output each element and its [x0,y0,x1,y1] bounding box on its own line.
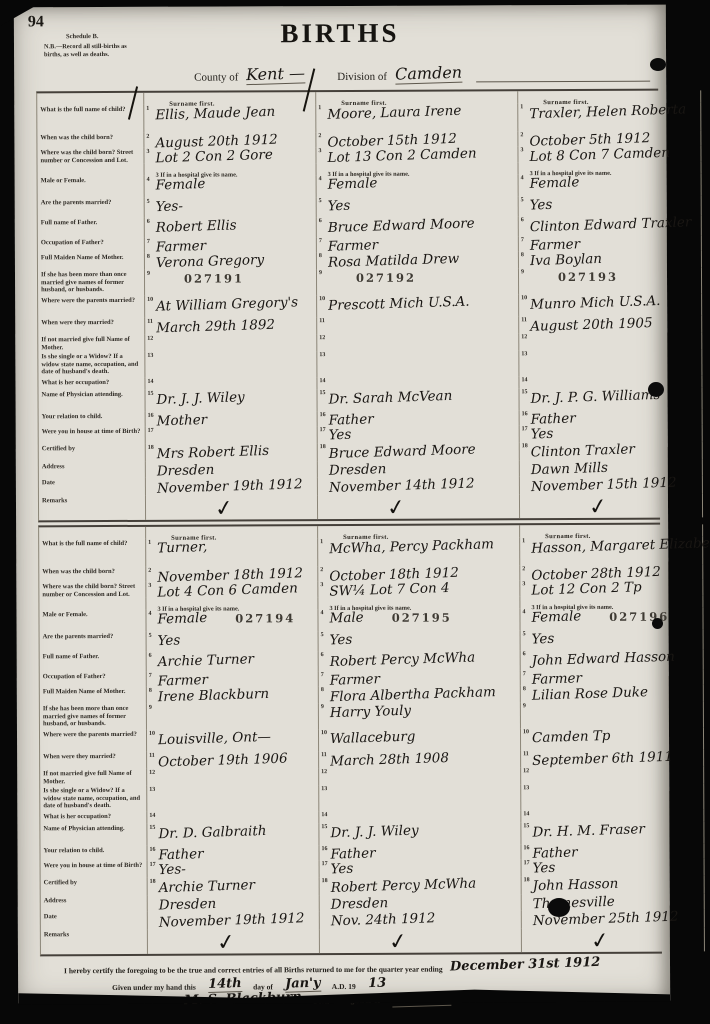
page-title: BIRTHS [14,17,666,51]
field-label-text: Where was the child born? Street number … [42,583,135,598]
field-label-text: When were they married? [43,753,116,760]
entry-value-name: Traxler, Helen Roberta [529,101,686,122]
row-number: 17 [320,427,326,433]
entry-value-name: Turner, [157,539,208,557]
row-number: 15 [522,389,528,395]
field-label-father: Full name of Father. [40,652,147,672]
entry-her_occupation-record-3: 14 [519,375,702,388]
entry-place-record-3: 3Lot 8 Con 7 Camden [518,145,701,162]
field-label-text: If not married give full Name of Mother. [43,770,131,785]
row-number: 10 [321,730,327,736]
row-number: 12 [149,770,155,776]
page-header: 94 Schedule B. N.B.—Record all still-bir… [14,5,666,92]
row-number: 14 [149,813,155,819]
entry-her_occupation-record-2: 14 [317,376,519,389]
entry-value-physician: Dr. H. M. Fraser [532,821,645,840]
entry-physician-record-4: 15Dr. D. Galbraith [147,823,319,846]
row-number: 9 [147,271,150,277]
entry-value-in_house: Yes [330,861,353,878]
form-row-remarks: Remarks✓✓✓ [41,928,662,955]
row-number: 5 [521,197,524,203]
entry-value-certified_by: Clinton Traxler [531,441,636,460]
form-row-widow_status: Is she single or a Widow? If a widow sta… [40,784,661,813]
field-label-text: Certified by [42,445,75,452]
row-number: 16 [522,411,528,417]
entry-father-record-4: 6Archie Turner [147,651,319,672]
county-division-line: County of Kent — Division of Camden [194,63,650,84]
county-value: Kent — [246,63,305,85]
entry-father_occ-record-6: 7Farmer [521,669,704,685]
entry-value-sex: Female [155,176,205,194]
entry-former_husband-record-3: 9027193 [519,267,702,294]
row-number: 13 [321,786,327,792]
checkmark-icon: ✓ [215,929,237,956]
row-number: 11 [521,317,527,323]
checkmark-icon: ✓ [387,929,409,956]
form-row-married_place: Where were the parents married?10At Will… [38,294,659,319]
entry-value-certified_by: Robert Percy McWha [330,876,476,896]
entry-father-record-5: 6Robert Percy McWha [319,650,521,671]
row-number: 15 [523,823,529,829]
entry-hospital_note-record-2: 3 If in a hospital give its name. [317,162,519,175]
ad-label: A.D. 19 [332,982,356,991]
field-label-text: Where were the parents married? [41,297,135,304]
form-row-sex: Male or Female.4Female4Female4Female [38,174,659,199]
row-number: 3 [146,149,149,155]
row-number: 12 [147,336,153,342]
field-label-text: Full Maiden Name of Mother. [43,688,126,695]
row-number: 4 [320,610,323,616]
entry-physician-record-2: 15Dr. Sarah McVean [317,388,519,411]
punch-hole [652,618,663,629]
checkmark-icon: ✓ [385,495,407,522]
entry-date-record-5: Nov. 24th 1912 [320,910,522,929]
field-label-mother: Full Maiden Name of Mother. [40,687,147,704]
entry-value-certified_by: Archie Turner [158,877,255,896]
row-number: 2 [522,566,525,572]
field-label-married_place: Where were the parents married? [38,296,145,318]
entry-value-father: Robert Percy McWha [329,650,475,670]
entry-not_married_mother-record-1: 12 [145,334,317,352]
entry-value-father: Clinton Edward Traxler [530,214,692,235]
entry-born-record-2: 2October 15th 1912 [316,131,518,147]
entry-married_place-record-1: 10At William Gregory's [145,295,317,318]
entry-address-record-4: Dresden [148,895,320,912]
field-label-text: Is she single or a Widow? If a widow sta… [41,353,138,376]
field-label-text: Occupation of Father? [41,239,104,246]
field-label-remarks: Remarks [39,496,146,520]
entry-parents_married-record-3: 5Yes [519,195,702,216]
field-label-name: What is the full name of child? [39,539,146,567]
entry-parents_married-record-6: 5Yes [521,629,704,650]
row-number: 9 [149,705,152,711]
entry-value-parents_married: Yes [529,197,552,214]
row-number: 1 [318,105,321,111]
field-label-former_husband: If she has been more than once married g… [40,704,147,730]
field-label-hospital_note [38,164,145,176]
field-label-father_occ: Occupation of Father? [38,238,145,253]
row-number: 2 [320,567,323,573]
row-number: 7 [319,238,322,244]
field-label-married_date: When were they married? [38,318,145,335]
entry-born-record-3: 2October 5th 1912 [518,130,701,146]
entry-value-sex: Male [329,609,364,626]
row-number: 7 [523,671,526,677]
punch-hole [648,382,664,397]
field-label-text: What is her occupation? [41,379,109,386]
entry-value-mother: Iva Boylan [530,251,603,269]
entry-father_occ-record-4: 7Farmer [147,671,319,687]
row-number: 10 [319,296,325,302]
entry-value-married_place: Prescott Mich U.S.A. [328,294,470,314]
field-label-not_married_mother: If not married give full Name of Mother. [40,769,147,786]
row-number: 8 [319,253,322,259]
entry-parents_married-record-4: 5Yes [147,631,319,652]
row-number: 3 [320,582,323,588]
registration-number-stamp: 027194 [235,611,295,625]
row-number: 7 [521,237,524,243]
entry-value-parents_married: Yes [327,198,350,215]
entry-born-record-6: 2October 28th 1912 [520,564,703,580]
entry-certified_by-record-6: 18John Hasson [522,875,705,894]
ink-blob [548,898,570,917]
row-number: 10 [523,729,529,735]
division-value: Camden [395,63,463,85]
field-label-text: Your relation to child. [42,413,103,420]
ink-blob [650,58,666,71]
entry-value-physician: Dr. J. J. Wiley [330,823,419,842]
entry-married_date-record-6: 11September 6th 1911 [521,749,704,767]
row-number: 11 [319,318,325,324]
certify-text: I hereby certify the foregoing to be the… [64,965,443,976]
entry-former_husband-record-1: 9027191 [145,269,317,296]
entry-hospital_note-record-4: 3 If in a hospital give its name. [146,597,318,610]
entry-value-physician: Dr. J. J. Wiley [156,389,245,408]
row-number: 17 [522,426,528,432]
row-number: 6 [523,651,526,657]
entry-in_house-record-3: 17Yes [520,424,703,442]
entry-physician-record-3: 15Dr. J. P. G. Williams [519,387,702,410]
field-label-text: What is the full name of child? [42,540,127,547]
label-spacer [39,527,146,539]
entry-born-record-1: 2August 20th 1912 [144,132,316,148]
entry-value-parents_married: Yes [157,632,180,649]
entry-value-name: Ellis, Maude Jean [155,104,275,124]
field-label-text: Full name of Father. [43,653,99,660]
entry-remarks-record-6: ✓ [522,927,705,952]
entry-sex-record-2: 4Female [317,174,519,197]
field-label-text: When was the child born? [40,134,113,141]
entry-value-physician: Dr. D. Galbraith [158,823,266,842]
day-value: 14th [207,976,241,993]
row-number: 3 [522,581,525,587]
entry-mother-record-5: 8Flora Albertha Packham [319,685,521,703]
row-number: 10 [147,297,153,303]
entry-father_occ-record-1: 7Farmer [145,237,317,253]
registration-number-stamp: 027195 [392,611,452,625]
label-spacer [37,93,144,105]
row-number: 18 [320,444,326,450]
entry-relation-record-6: 16Father [521,843,704,859]
checkmark-icon: ✓ [587,494,609,521]
row-number: 14 [521,377,527,383]
field-label-text: Remarks [42,497,67,504]
entry-married_date-record-2: 11 [317,316,519,334]
entry-physician-record-5: 15Dr. J. J. Wiley [319,822,521,845]
field-label-text: If not married give full Name of Mother. [41,336,129,351]
row-number: 4 [147,177,150,183]
entry-value-date: November 19th 1912 [159,910,305,930]
entry-remarks-record-1: ✓ [146,495,318,520]
entry-value-name: McWha, Percy Packham [329,536,494,557]
field-label-place: Where was the child born? Street number … [37,148,144,164]
entry-married_place-record-6: 10Camden Tp [521,727,704,750]
field-label-text: Where were the parents married? [43,731,137,738]
entry-remarks-record-3: ✓ [520,493,703,518]
entry-place-record-5: 3SW¼ Lot 7 Con 4 [318,580,520,597]
row-number: 2 [318,133,321,139]
field-label-her_occupation: What is her occupation? [38,378,145,390]
row-number: 18 [322,878,328,884]
field-label-text: What is her occupation? [43,813,111,820]
entry-her_occupation-record-1: 14 [145,377,317,390]
entry-married_place-record-3: 10Munro Mich U.S.A. [519,293,702,316]
row-number: 15 [148,391,154,397]
field-label-text: Certified by [44,879,77,886]
entry-address-record-2: Dresden [318,460,520,477]
row-number: 15 [321,824,327,830]
row-number: 13 [147,353,153,359]
row-number: 4 [319,176,322,182]
row-number: 18 [148,445,154,451]
entry-married_date-record-5: 11March 28th 1908 [319,750,521,768]
entry-column-header: Surname first. [316,91,518,104]
entry-value-certified_by: John Hasson [532,876,618,895]
field-label-married_place: Where were the parents married? [40,730,147,752]
field-label-text: Where was the child born? Street number … [40,149,133,164]
form-row-name: What is the full name of child?1Turner,1… [39,537,660,568]
field-label-father: Full name of Father. [38,218,145,238]
checkmark-icon: ✓ [589,928,611,955]
entry-sex-record-6: 4Female027196 [520,607,703,630]
row-number: 5 [319,198,322,204]
row-number: 1 [320,539,323,545]
row-number: 2 [520,132,523,138]
row-number: 15 [320,390,326,396]
entry-mother-record-4: 8Irene Blackburn [147,686,319,704]
row-number: 15 [149,825,155,831]
entry-place-record-2: 3Lot 13 Con 2 Camden [316,146,518,163]
field-label-text: Are the parents married? [43,633,114,640]
form-row-sex: Male or Female.4Female0271944Male0271954… [39,608,660,633]
field-label-address: Address [41,896,148,912]
row-number: 16 [321,846,327,852]
entry-value-sex: Female [157,610,207,628]
field-label-father_occ: Occupation of Father? [40,672,147,687]
row-number: 14 [147,379,153,385]
entry-relation-record-5: 16Father [319,844,521,860]
registration-number-stamp: 027191 [184,271,244,285]
entry-widow_status-record-6: 13 [521,783,704,810]
field-label-born: When was the child born? [37,133,144,148]
row-number: 18 [524,877,530,883]
entry-hospital_note-record-1: 3 If in a hospital give its name. [145,163,317,176]
row-number: 7 [147,239,150,245]
entry-physician-record-1: 15Dr. J. J. Wiley [146,389,318,412]
row-number: 6 [147,219,150,225]
ruled-line [476,81,650,83]
entry-value-mother: Irene Blackburn [158,686,270,705]
entry-parents_married-record-2: 5Yes [317,196,519,217]
entry-not_married_mother-record-2: 12 [317,333,519,351]
entry-certified_by-record-3: 18Clinton Traxler [520,441,703,460]
row-number: 18 [150,879,156,885]
entry-father-record-6: 6John Edward Hasson [521,649,704,670]
row-number: 16 [523,845,529,851]
row-number: 8 [149,688,152,694]
entry-widow_status-record-2: 13 [317,350,519,377]
entry-address-record-5: Dresden [320,894,522,911]
row-number: 14 [523,811,529,817]
row-number: 14 [319,378,325,384]
field-label-married_date: When were they married? [40,752,147,769]
form-row-remarks: Remarks✓✓✓ [39,494,660,521]
entry-value-father: Bruce Edward Moore [328,215,475,235]
entry-parents_married-record-1: 5Yes- [145,197,317,218]
row-number: 16 [320,412,326,418]
entry-relation-record-1: 16Mother [146,411,318,427]
form-row-former_husband: If she has been more than once married g… [38,268,659,297]
row-number: 6 [149,653,152,659]
entry-value-parents_married: Yes [531,631,554,648]
row-number: 9 [523,703,526,709]
row-number: 3 [318,148,321,154]
row-number: 8 [321,687,324,693]
entry-value-father: Archie Turner [157,651,254,670]
entry-widow_status-record-1: 13 [145,351,317,378]
row-number: 17 [150,862,156,868]
entry-column-header: Surname first. [144,92,316,105]
field-label-certified_by: Certified by [39,444,146,462]
entry-father_occ-record-2: 7Farmer [317,236,519,252]
entry-former_husband-record-4: 9 [147,703,319,730]
entry-her_occupation-record-4: 14 [147,811,319,824]
field-label-former_husband: If she has been more than once married g… [38,270,145,296]
form-row-father: Full name of Father.6Robert Ellis6Bruce … [38,216,659,239]
row-number: 13 [319,352,325,358]
field-label-date: Date [41,912,148,930]
entry-certified_by-record-2: 18Bruce Edward Moore [318,442,520,461]
entry-married_place-record-2: 10Prescott Mich U.S.A. [317,294,519,317]
entry-born-record-5: 2October 18th 1912 [318,565,520,581]
entry-value-father: Robert Ellis [156,217,237,235]
entry-married_date-record-3: 11August 20th 1905 [519,315,702,333]
row-number: 17 [148,428,154,434]
entry-remarks-record-5: ✓ [320,928,522,953]
row-number: 7 [321,672,324,678]
entry-value-in_house: Yes [328,427,351,444]
row-number: 8 [523,686,526,692]
entry-not_married_mother-record-6: 12 [521,766,704,784]
certify-line: I hereby certify the foregoing to be the… [64,960,660,978]
entry-name-record-3: 1Traxler, Helen Roberta [518,102,701,131]
entry-date-record-4: November 19th 1912 [148,911,320,930]
entry-certified_by-record-4: 18Archie Turner [148,877,320,896]
field-label-mother: Full Maiden Name of Mother. [38,253,145,270]
checkmark-icon: ✓ [213,495,235,522]
row-number: 9 [321,704,324,710]
row-number: 4 [521,175,524,181]
field-label-widow_status: Is she single or a Widow? If a widow sta… [38,352,145,378]
row-number: 2 [146,134,149,140]
entry-name-record-4: 1Turner, [146,538,318,567]
row-number: 12 [319,335,325,341]
entry-widow_status-record-5: 13 [319,784,521,811]
entry-remarks-record-4: ✓ [148,929,320,954]
entry-in_house-record-2: 17Yes [318,425,520,443]
entry-hospital_note-record-5: 3 If in a hospital give its name. [318,596,520,609]
entry-value-married_place: Camden Tp [532,728,611,746]
field-label-text: Date [42,479,55,486]
field-label-parents_married: Are the parents married? [40,632,147,652]
form-row-widow_status: Is she single or a Widow? If a widow sta… [38,350,659,379]
row-number: 17 [524,860,530,866]
field-label-in_house: Were you in house at time of Birth? [41,861,148,878]
entry-place-record-4: 3Lot 4 Con 6 Camden [146,581,318,598]
entry-value-in_house: Yes- [158,861,186,878]
field-label-text: Name of Physician attending. [42,391,123,398]
row-number: 11 [321,752,327,758]
form-row-parents_married: Are the parents married?5Yes-5Yes5Yes [38,196,659,219]
entry-address-record-1: Dresden [146,461,318,478]
entry-father-record-3: 6Clinton Edward Traxler [519,215,702,236]
entry-sex-record-5: 4Male027195 [318,608,520,631]
entry-value-name: Hasson, Margaret Elizabeth [531,535,710,557]
row-number: 1 [520,104,523,110]
entry-value-married_place: Munro Mich U.S.A. [530,293,661,313]
entry-value-sex: Female [529,174,579,192]
year-value: 13 [367,976,386,992]
row-number: 6 [521,217,524,223]
field-label-text: Name of Physician attending. [43,825,124,832]
field-label-physician: Name of Physician attending. [39,390,146,412]
entry-value-parents_married: Yes [329,632,352,649]
entry-value-certified_by: Bruce Edward Moore [329,441,476,461]
row-number: 8 [521,252,524,258]
row-number: 1 [146,106,149,112]
entry-value-father: John Edward Hasson [531,649,675,669]
entry-hospital_note-record-3: 3 If in a hospital give its name. [519,161,702,174]
row-number: 13 [149,787,155,793]
form-row-former_husband: If she has been more than once married g… [40,702,661,731]
entry-her_occupation-record-5: 14 [319,810,521,823]
entry-value-married_place: Wallaceburg [330,729,416,748]
row-number: 12 [521,334,527,340]
given-text: Given under my hand this [112,983,196,992]
entry-mother-record-1: 8Verona Gregory [145,252,317,270]
field-label-text: Male or Female. [41,177,86,184]
entry-mother-record-2: 8Rosa Matilda Drew [317,251,519,269]
entry-date-record-2: November 14th 1912 [318,476,520,495]
entry-widow_status-record-4: 13 [147,785,319,812]
row-number: 4 [148,611,151,617]
entry-relation-record-2: 16Father [318,410,520,426]
entry-date-record-3: November 15th 1912 [520,475,703,494]
row-number: 10 [149,731,155,737]
row-number: 2 [148,568,151,574]
entry-father-record-2: 6Bruce Edward Moore [317,216,519,237]
quarter-ending-value: December 31st 1912 [450,955,601,975]
